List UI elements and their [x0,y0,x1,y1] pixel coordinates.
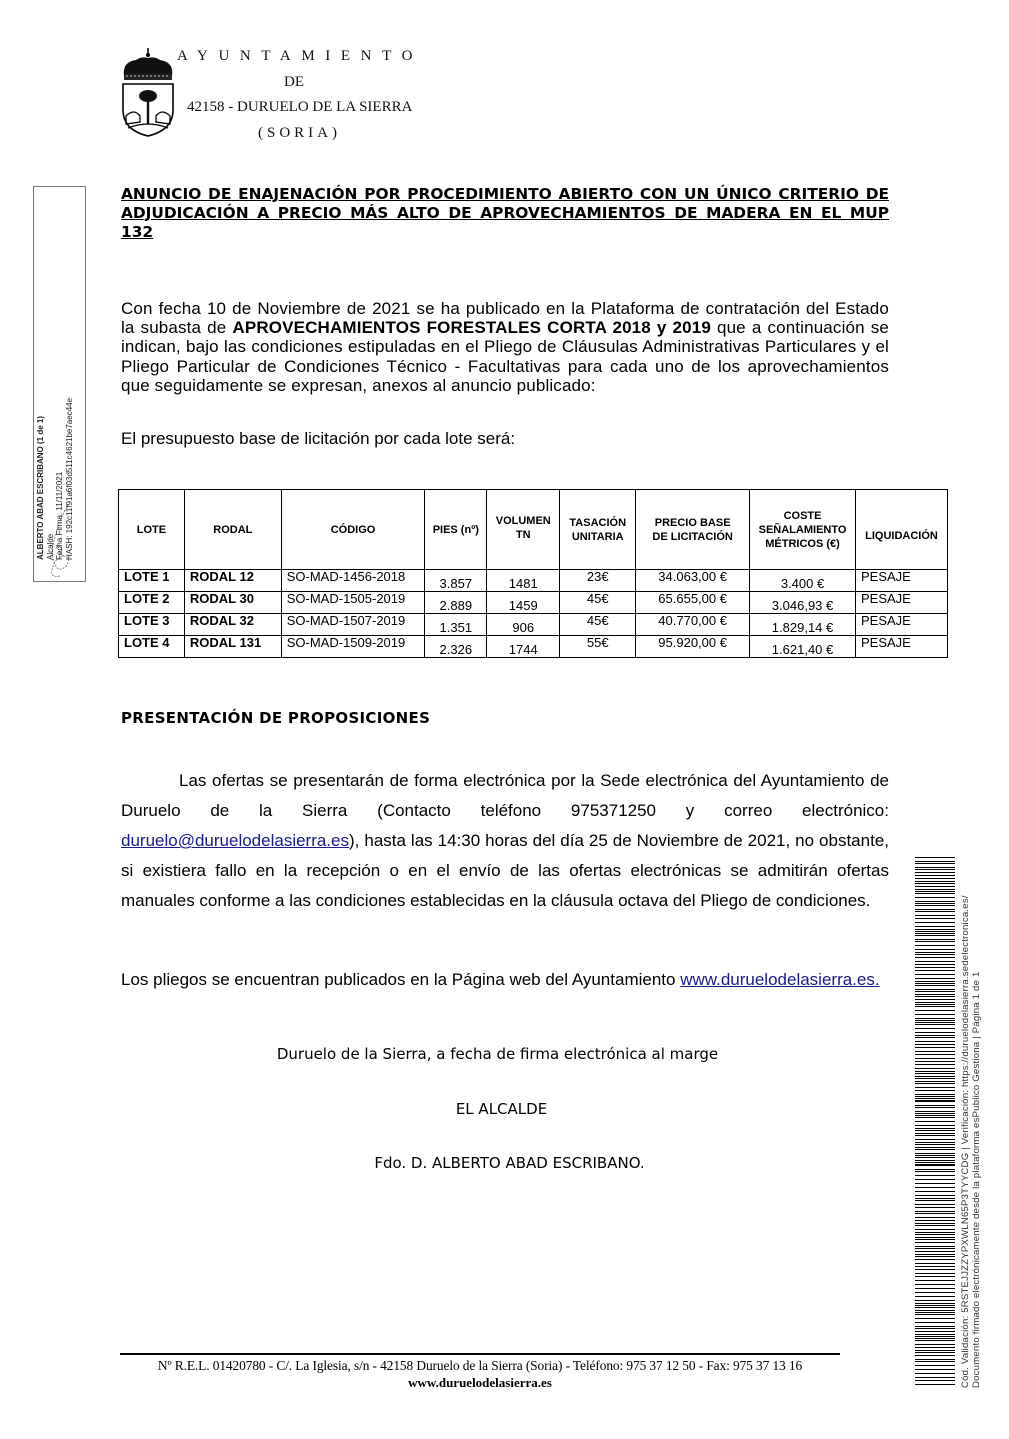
intro-bold-text: APROVECHAMIENTOS FORESTALES CORTA 2018 y… [232,318,711,337]
cell-rodal: RODAL 32 [184,614,281,636]
table-header-row: LOTE RODAL CÓDIGO PIES (nº) VOLUMEN TN T… [119,490,948,570]
cell-rodal: RODAL 131 [184,636,281,658]
pliegos-text: Los pliegos se encuentran publicados en … [121,970,680,989]
table-row: LOTE 1RODAL 12SO-MAD-1456-20183.85714812… [119,570,948,592]
cell-liquidacion: PESAJE [856,614,948,636]
cell-rodal: RODAL 30 [184,592,281,614]
cell-lote: LOTE 3 [119,614,185,636]
col-header-pies: PIES (nº) [425,490,487,570]
barcode-icon [915,857,955,1387]
cell-lote: LOTE 4 [119,636,185,658]
cell-codigo: SO-MAD-1505-2019 [281,592,425,614]
table-row: LOTE 4RODAL 131SO-MAD-1509-20192.3261744… [119,636,948,658]
cell-pies: 2.889 [425,592,487,614]
cell-liquidacion: PESAJE [856,592,948,614]
email-link[interactable]: duruelo@duruelodelasierra.es [121,831,349,850]
cell-precio-base: 65.655,00 € [636,592,750,614]
signer-name-text: Fdo. D. ALBERTO ABAD ESCRIBANO. [374,1154,644,1172]
table-row: LOTE 2RODAL 30SO-MAD-1505-20192.88914594… [119,592,948,614]
col-header-codigo: CÓDIGO [281,490,425,570]
letterhead-town: 42158 - DURUELO DE LA SIERRA [187,99,412,116]
cell-codigo: SO-MAD-1456-2018 [281,570,425,592]
col-header-coste: COSTE SEÑALAMIENTO MÉTRICOS (€) [750,490,856,570]
offers-paragraph: Las ofertas se presentarán de forma elec… [121,766,889,916]
col-header-tasacion: TASACIÓN UNITARIA [560,490,636,570]
letterhead-province: (SORIA) [258,125,341,142]
cell-liquidacion: PESAJE [856,636,948,658]
document-title: ANUNCIO DE ENAJENACIÓN POR PROCEDIMIENTO… [121,185,889,242]
cell-volumen: 1744 [487,636,560,658]
cell-volumen: 906 [487,614,560,636]
pliegos-paragraph: Los pliegos se encuentran publicados en … [121,970,889,990]
website-link[interactable]: www.duruelodelasierra.es. [680,970,879,989]
footer-website: www.duruelodelasierra.es [120,1375,840,1391]
signer-role: EL ALCALDE [0,1100,1009,1118]
col-header-rodal: RODAL [184,490,281,570]
footer-address: Nº R.E.L. 01420780 - C/. La Iglesia, s/n… [120,1358,840,1374]
cell-codigo: SO-MAD-1507-2019 [281,614,425,636]
stamp-date: Fecha Firma: 11/11/2021 [55,260,65,560]
cell-tasacion: 23€ [560,570,636,592]
signer-role-text: EL ALCALDE [456,1100,547,1118]
budget-line: El presupuesto base de licitación por ca… [121,429,889,448]
stamp-hash: HASH: 192c11f91a6f03d511c4621be7aec44e [65,260,75,560]
cell-coste: 3.046,93 € [750,592,856,614]
cell-tasacion: 55€ [560,636,636,658]
col-header-precio-base: PRECIO BASE DE LICITACIÓN [636,490,750,570]
cell-lote: LOTE 1 [119,570,185,592]
verification-text: Cód. Validación: 5RSTEJJZZYPXWLN65P3TYYC… [960,848,982,1388]
place-date: Duruelo de la Sierra, a fecha de firma e… [0,1045,1009,1063]
intro-paragraph: Con fecha 10 de Noviembre de 2021 se ha … [121,299,889,395]
cell-pies: 3.857 [425,570,487,592]
coat-of-arms-icon [118,46,178,138]
letterhead-de: DE [284,74,304,91]
col-header-liquidacion: LIQUIDACIÓN [856,490,948,570]
stamp-role: Alcalde [46,260,56,560]
footer-divider [120,1353,840,1355]
offers-text: Las ofertas se presentarán de forma elec… [121,771,889,820]
cell-pies: 2.326 [425,636,487,658]
cell-volumen: 1481 [487,570,560,592]
cell-coste: 3.400 € [750,570,856,592]
cell-tasacion: 45€ [560,592,636,614]
cell-lote: LOTE 2 [119,592,185,614]
document-title-text: ANUNCIO DE ENAJENACIÓN POR PROCEDIMIENTO… [121,185,889,241]
letterhead-ayuntamiento: AYUNTAMIENTO [177,48,423,65]
cell-precio-base: 95.920,00 € [636,636,750,658]
stamp-signer: ALBERTO ABAD ESCRIBANO (1 de 1) [36,260,46,560]
col-header-volumen: VOLUMEN TN [487,490,560,570]
signature-stamp-text: ALBERTO ABAD ESCRIBANO (1 de 1) Alcalde … [36,260,74,560]
cell-precio-base: 40.770,00 € [636,614,750,636]
cell-codigo: SO-MAD-1509-2019 [281,636,425,658]
cell-precio-base: 34.063,00 € [636,570,750,592]
col-header-lote: LOTE [119,490,185,570]
cell-liquidacion: PESAJE [856,570,948,592]
section-heading: PRESENTACIÓN DE PROPOSICIONES [121,709,430,727]
verification-code: Cód. Validación: 5RSTEJJZZYPXWLN65P3TYYC… [960,848,971,1388]
lots-table: LOTE RODAL CÓDIGO PIES (nº) VOLUMEN TN T… [118,489,948,658]
table-row: LOTE 3RODAL 32SO-MAD-1507-20191.35190645… [119,614,948,636]
signer-name: Fdo. D. ALBERTO ABAD ESCRIBANO. [0,1154,1009,1172]
verification-platform: Documento firmado electrónicamente desde… [971,848,982,1388]
cell-rodal: RODAL 12 [184,570,281,592]
cell-tasacion: 45€ [560,614,636,636]
place-date-text: Duruelo de la Sierra, a fecha de firma e… [277,1045,718,1063]
cell-coste: 1.829,14 € [750,614,856,636]
cell-volumen: 1459 [487,592,560,614]
cell-coste: 1.621,40 € [750,636,856,658]
cell-pies: 1.351 [425,614,487,636]
